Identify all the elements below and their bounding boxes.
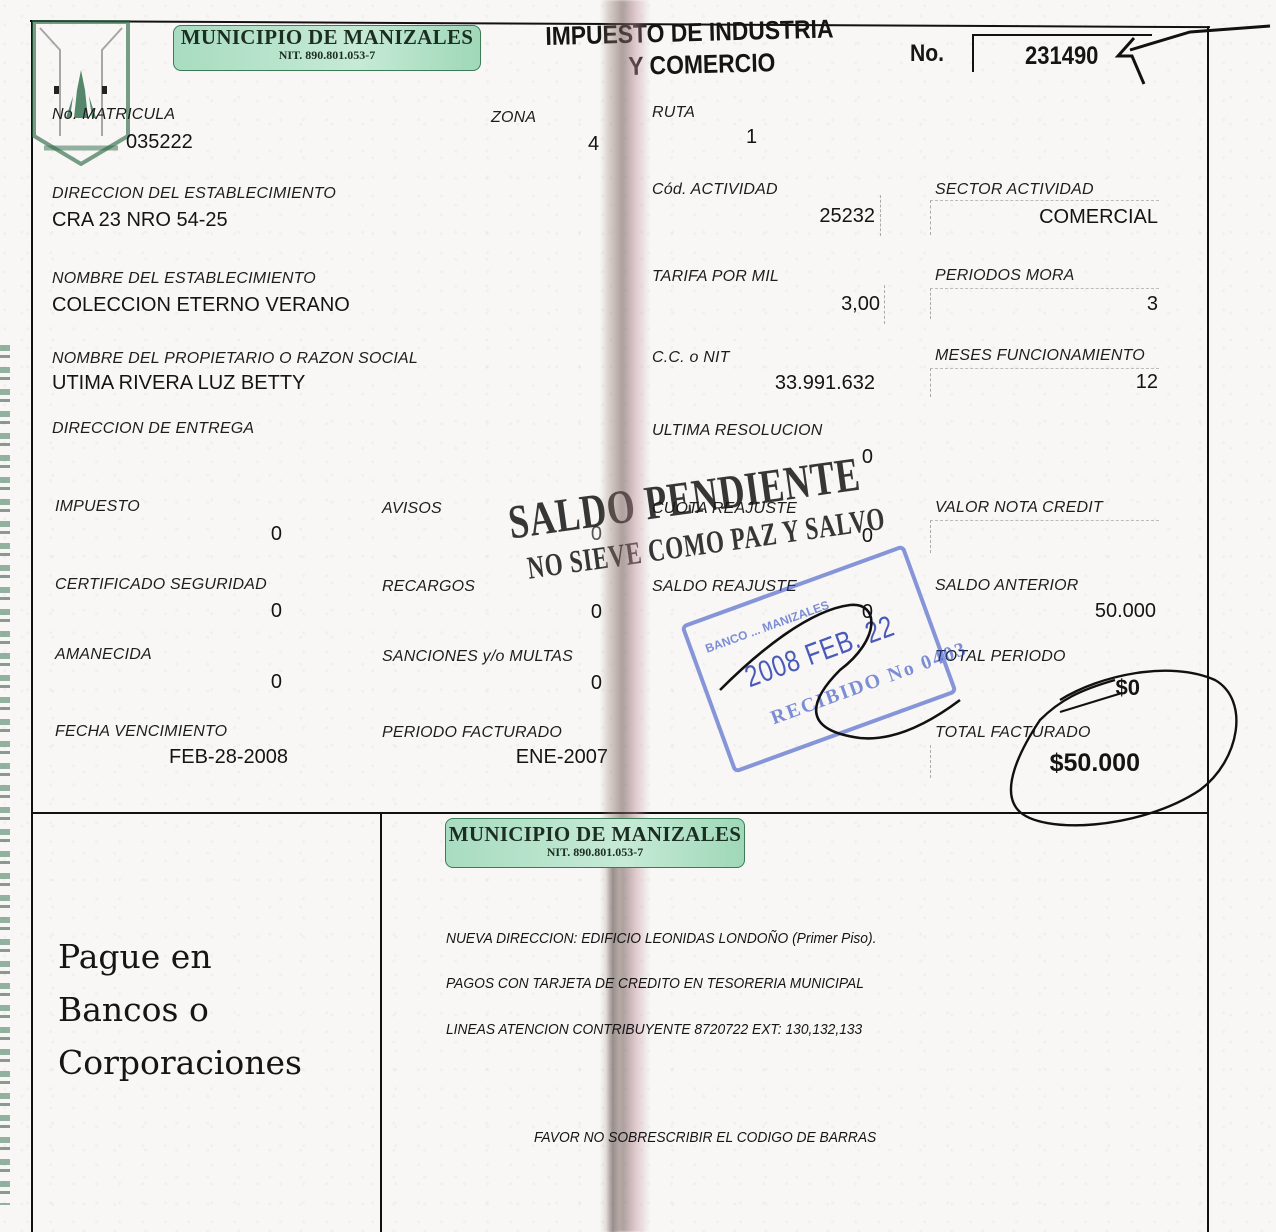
issuer-footer-name: MUNICIPIO DE MANIZALES — [446, 823, 744, 845]
issuer-footer-nit: NIT. 890.801.053-7 — [446, 845, 744, 859]
credit-card-notice: PAGOS CON TARJETA DE CREDITO EN TESORERI… — [446, 975, 864, 992]
pague-line-2: Bancos o — [58, 983, 302, 1036]
new-address-notice: NUEVA DIRECCION: EDIFICIO LEONIDAS LONDO… — [446, 930, 876, 947]
pague-line-3: Corporaciones — [58, 1036, 302, 1089]
pague-line-1: Pague en — [58, 930, 302, 983]
payment-instructions: Pague en Bancos o Corporaciones — [58, 930, 302, 1089]
barcode-notice: FAVOR NO SOBRESCRIBIR EL CODIGO DE BARRA… — [534, 1129, 876, 1146]
issuer-footer-box: MUNICIPIO DE MANIZALES NIT. 890.801.053-… — [445, 818, 745, 868]
contact-lines-notice: LINEAS ATENCION CONTRIBUYENTE 8720722 EX… — [446, 1021, 862, 1038]
